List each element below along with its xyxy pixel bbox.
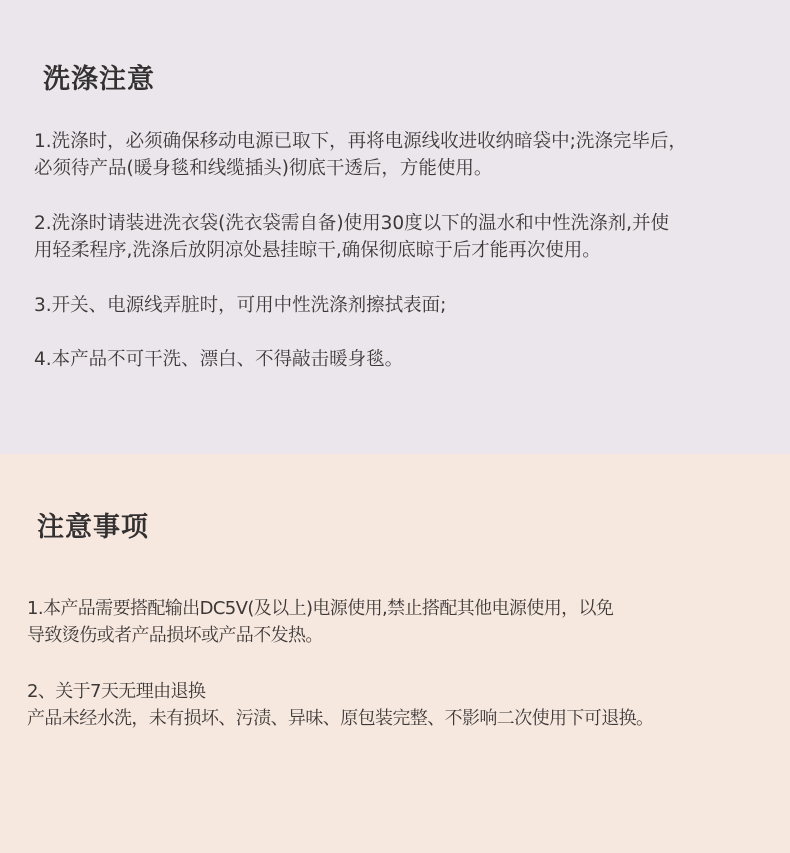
washing-title: 洗涤注意 <box>43 66 155 93</box>
notice-item-1: 1.本产品需要搭配输出DC5V(及以上)电源使用,禁止搭配其他电源使用，以免 导… <box>27 595 787 649</box>
washing-instructions-section: 洗涤注意 1.洗涤时，必须确保移动电源已取下，再将电源线收进收纳暗袋中;洗涤完毕… <box>0 0 790 454</box>
notice-section: 注意事项 1.本产品需要搭配输出DC5V(及以上)电源使用,禁止搭配其他电源使用… <box>0 454 790 853</box>
washing-item-3: 3.开关、电源线弄脏时，可用中性洗涤剂擦拭表面; <box>34 292 790 319</box>
washing-item-4: 4.本产品不可干洗、漂白、不得敲击暖身毯。 <box>34 346 790 373</box>
notice-item-2: 2、关于7天无理由退换 产品未经水洗，未有损坏、污渍、异味、原包装完整、不影响二… <box>27 678 790 732</box>
washing-item-1: 1.洗涤时，必须确保移动电源已取下，再将电源线收进收纳暗袋中;洗涤完毕后， 必须… <box>34 128 790 182</box>
washing-item-2: 2.洗涤时请装进洗衣袋(洗衣袋需自备)使用30度以下的温水和中性洗涤剂,并使 用… <box>34 210 790 264</box>
notice-title: 注意事项 <box>37 514 149 541</box>
